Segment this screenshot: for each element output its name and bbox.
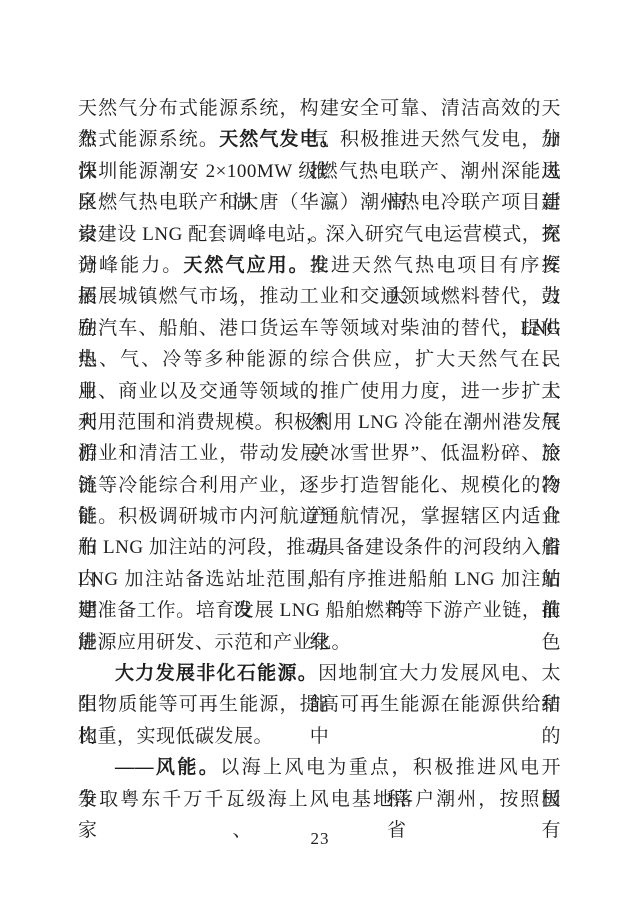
text-line: 流等冷能综合利用产业，逐步打造智能化、规模化的冷能产业 (78, 470, 561, 501)
text-line: 天然气分布式能源系统，构建安全可靠、清洁高效的天然气分 (78, 93, 561, 124)
text-segment-bold: ——风能。 (115, 757, 220, 778)
text-line: 生物质能等可再生能源，提高可再生能源在能源供给结构中的 (78, 689, 561, 720)
text-line: 链。积极调研城市内河航道通航情况，掌握辖区内适合布局船 (78, 501, 561, 532)
text-line: 拓展城镇燃气市场，推动工业和交通领域燃料替代，鼓励 LNG (78, 281, 561, 312)
text-line: 期准备工作。培育发展 LNG 船舶燃料等下游产业链，推进绿色 (78, 595, 561, 626)
text-line: LNG 加注站备选站址范围，有序推进船舶 LNG 加注站建设的前 (78, 564, 561, 595)
text-segment: 比重，实现低碳发展。 (78, 726, 273, 747)
text-line: 调峰能力。天然气应用。推进天然气热电项目有序发展，大力 (78, 250, 561, 281)
text-line: 利用范围和消费规模。积极利用 LNG 冷能在潮州港发展相关旅 (78, 407, 561, 438)
text-line: 索建设 LNG 配套调峰电站，深入研究气电运营模式，充分发挥 (78, 219, 561, 250)
text-segment-bold: 大力发展非化石能源。 (115, 663, 318, 684)
text-line: 在汽车、船舶、港口货运车等领域对柴油的替代，提供电、 (78, 313, 561, 344)
text-line: 争取粤东千万千瓦级海上风电基地落户潮州，按照国家、省有 (78, 784, 561, 815)
text-line: 深圳能源潮安 2×100MW 级燃气热电联产、潮州深能凤泉湖高新 (78, 156, 561, 187)
text-line: 游业和清洁工业，带动发展“冰雪世界”、低温粉碎、冷链物 (78, 438, 561, 469)
text-line: 布式能源系统。天然气发电。积极推进天然气发电，加快推进 (78, 124, 561, 155)
text-segment-bold: 天然气应用。 (183, 255, 309, 276)
text-line: ——风能。以海上风电为重点，积极推进风电开发。积极 (78, 752, 561, 783)
text-line: 大力发展非化石能源。因地制宜大力发展风电、太阳能和 (78, 658, 561, 689)
text-line: 舶 LNG 加注站的河段，推动具备建设条件的河段纳入省内船舶 (78, 532, 561, 563)
text-segment: 调峰能力。 (78, 255, 183, 276)
text-line: 业、商业以及交通等领域的推广使用力度，进一步扩大天然气 (78, 376, 561, 407)
text-line: 热、气、冷等多种能源的综合供应，扩大天然气在民用、工 (78, 344, 561, 375)
text-segment: 能源应用研发、示范和产业化。 (78, 632, 351, 653)
text-segment: 布式能源系统。 (78, 129, 219, 150)
text-segment-bold: 天然气发电。 (219, 129, 340, 150)
body-text: 天然气分布式能源系统，构建安全可靠、清洁高效的天然气分布式能源系统。天然气发电。… (78, 93, 561, 815)
text-line: 区燃气热电联产和大唐（华瀛）潮州热电冷联产项目建设。探 (78, 187, 561, 218)
page-number: 23 (0, 829, 640, 849)
document-page: 天然气分布式能源系统，构建安全可靠、清洁高效的天然气分布式能源系统。天然气发电。… (0, 0, 640, 905)
